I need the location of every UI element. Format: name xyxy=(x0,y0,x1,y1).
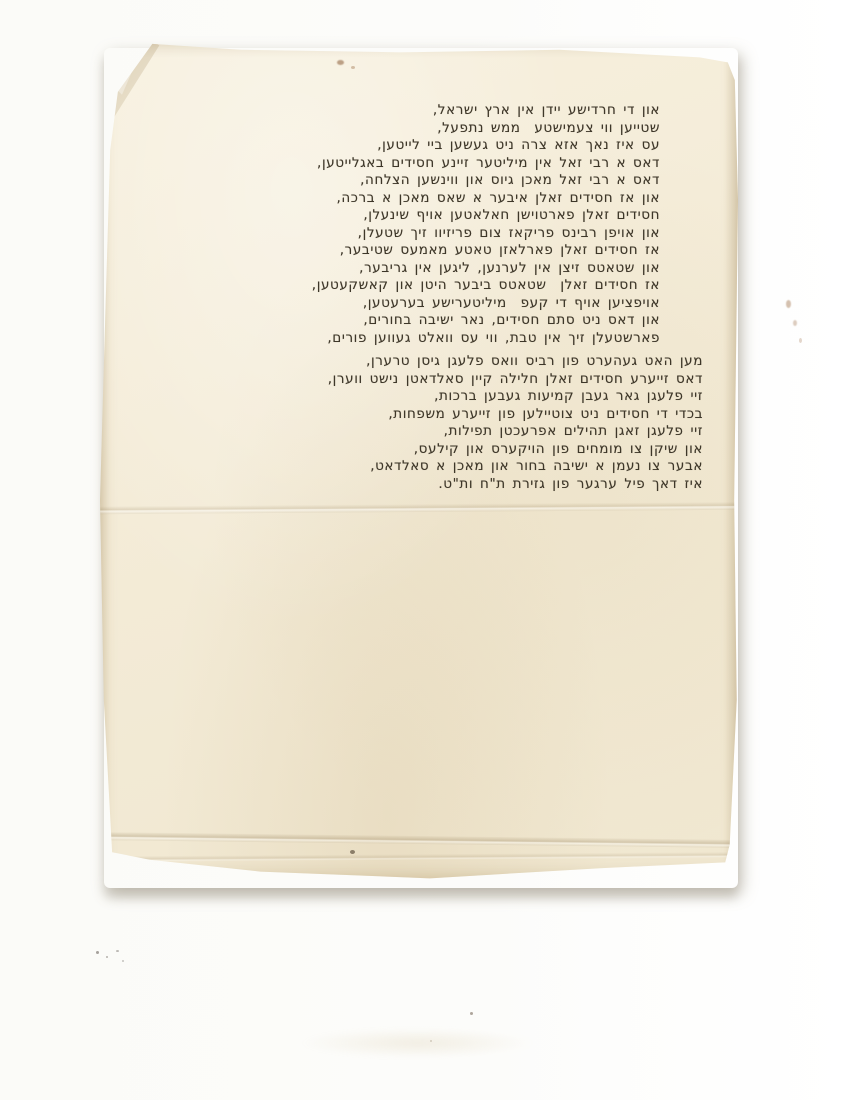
background-speck xyxy=(786,300,791,308)
stain xyxy=(351,66,355,69)
text-line: אז חסידים זאלן שטאטס ביבער היטן און קאשק… xyxy=(183,277,660,295)
text-line: חסידים זאלן פארטוישן חאלאטען אויף שינעלן… xyxy=(183,207,660,225)
text-block: און די חרדישע יידן אין ארץ ישראל,שטייען … xyxy=(183,102,703,493)
text-line: עס איז נאך אזא צרה ניט געשען ביי לייטען, xyxy=(183,137,660,155)
paper-edge-shading-top xyxy=(100,38,738,58)
text-line: און אויפן רבינס פריקאז צום פריזיוו זיך ש… xyxy=(183,225,660,243)
text-line: און שיקן צו מומחים פון הויקערס און קילעס… xyxy=(183,441,703,459)
text-line: זיי פלעגן גאר געבן קמיעות געבען ברכות, xyxy=(183,388,703,406)
paper-edge-shading-left xyxy=(100,38,110,880)
text-line: דאס זייערע חסידים זאלן חלילה קיין סאלדאט… xyxy=(183,371,703,389)
paragraph-1: און די חרדישע יידן אין ארץ ישראל,שטייען … xyxy=(183,102,703,347)
background-speck xyxy=(106,956,108,958)
background-speck xyxy=(793,320,797,326)
stain xyxy=(368,876,371,879)
paper-edge-shading-right xyxy=(724,38,738,880)
text-line: דאס א רבי זאל מאכן גיוס און ווינשען הצלח… xyxy=(183,172,660,190)
text-line: אויפציען אויף די קעפ מיליטערישע בערעטען, xyxy=(183,295,660,313)
text-line: אז חסידים זאלן פארלאזן טאטע מאמעס שטיבער… xyxy=(183,242,660,260)
background-speck xyxy=(470,1012,473,1015)
background-speck xyxy=(116,950,119,952)
background-speck xyxy=(122,960,124,962)
text-line: איז דאך פיל ערגער פון גזירת ת"ח ות"ט. xyxy=(183,476,703,494)
text-line: און אז חסידים זאלן איבער א שאס מאכן א בר… xyxy=(183,190,660,208)
text-line: פארשטעלן זיך אין טבת, ווי עס וואלט געווע… xyxy=(183,330,660,348)
stain xyxy=(337,60,344,65)
text-line: מען האט געהערט פון רביס וואס פלעגן גיסן … xyxy=(183,353,703,371)
stain xyxy=(350,850,355,854)
text-line: אבער צו נעמן א ישיבה בחור און מאכן א סאל… xyxy=(183,458,703,476)
text-line: זיי פלעגן זאגן תהילים אפרעכטן תפילות, xyxy=(183,423,703,441)
background-speck xyxy=(96,951,99,954)
text-line: בכדי די חסידים ניט צוטיילען פון זייערע מ… xyxy=(183,406,703,424)
bottom-fold-crease-2 xyxy=(100,852,738,862)
background-smudge xyxy=(300,1028,535,1058)
text-line: שטייען ווי צעמישטע ממש נתפעל, xyxy=(183,120,660,138)
scanned-document-page: און די חרדישע יידן אין ארץ ישראל,שטייען … xyxy=(100,38,738,880)
text-line: און די חרדישע יידן אין ארץ ישראל, xyxy=(183,102,660,120)
text-line: און שטאטס זיצן אין לערנען, ליגען אין גרי… xyxy=(183,260,660,278)
text-line: דאס א רבי זאל אין מיליטער זיינע חסידים ב… xyxy=(183,155,660,173)
text-line: און דאס ניט סתם חסידים, נאר ישיבה בחורים… xyxy=(183,312,660,330)
paragraph-2: מען האט געהערט פון רביס וואס פלעגן גיסן … xyxy=(183,353,703,493)
bottom-fold-crease xyxy=(100,832,738,848)
background-speck xyxy=(799,338,802,343)
horizontal-fold-crease xyxy=(100,502,738,514)
